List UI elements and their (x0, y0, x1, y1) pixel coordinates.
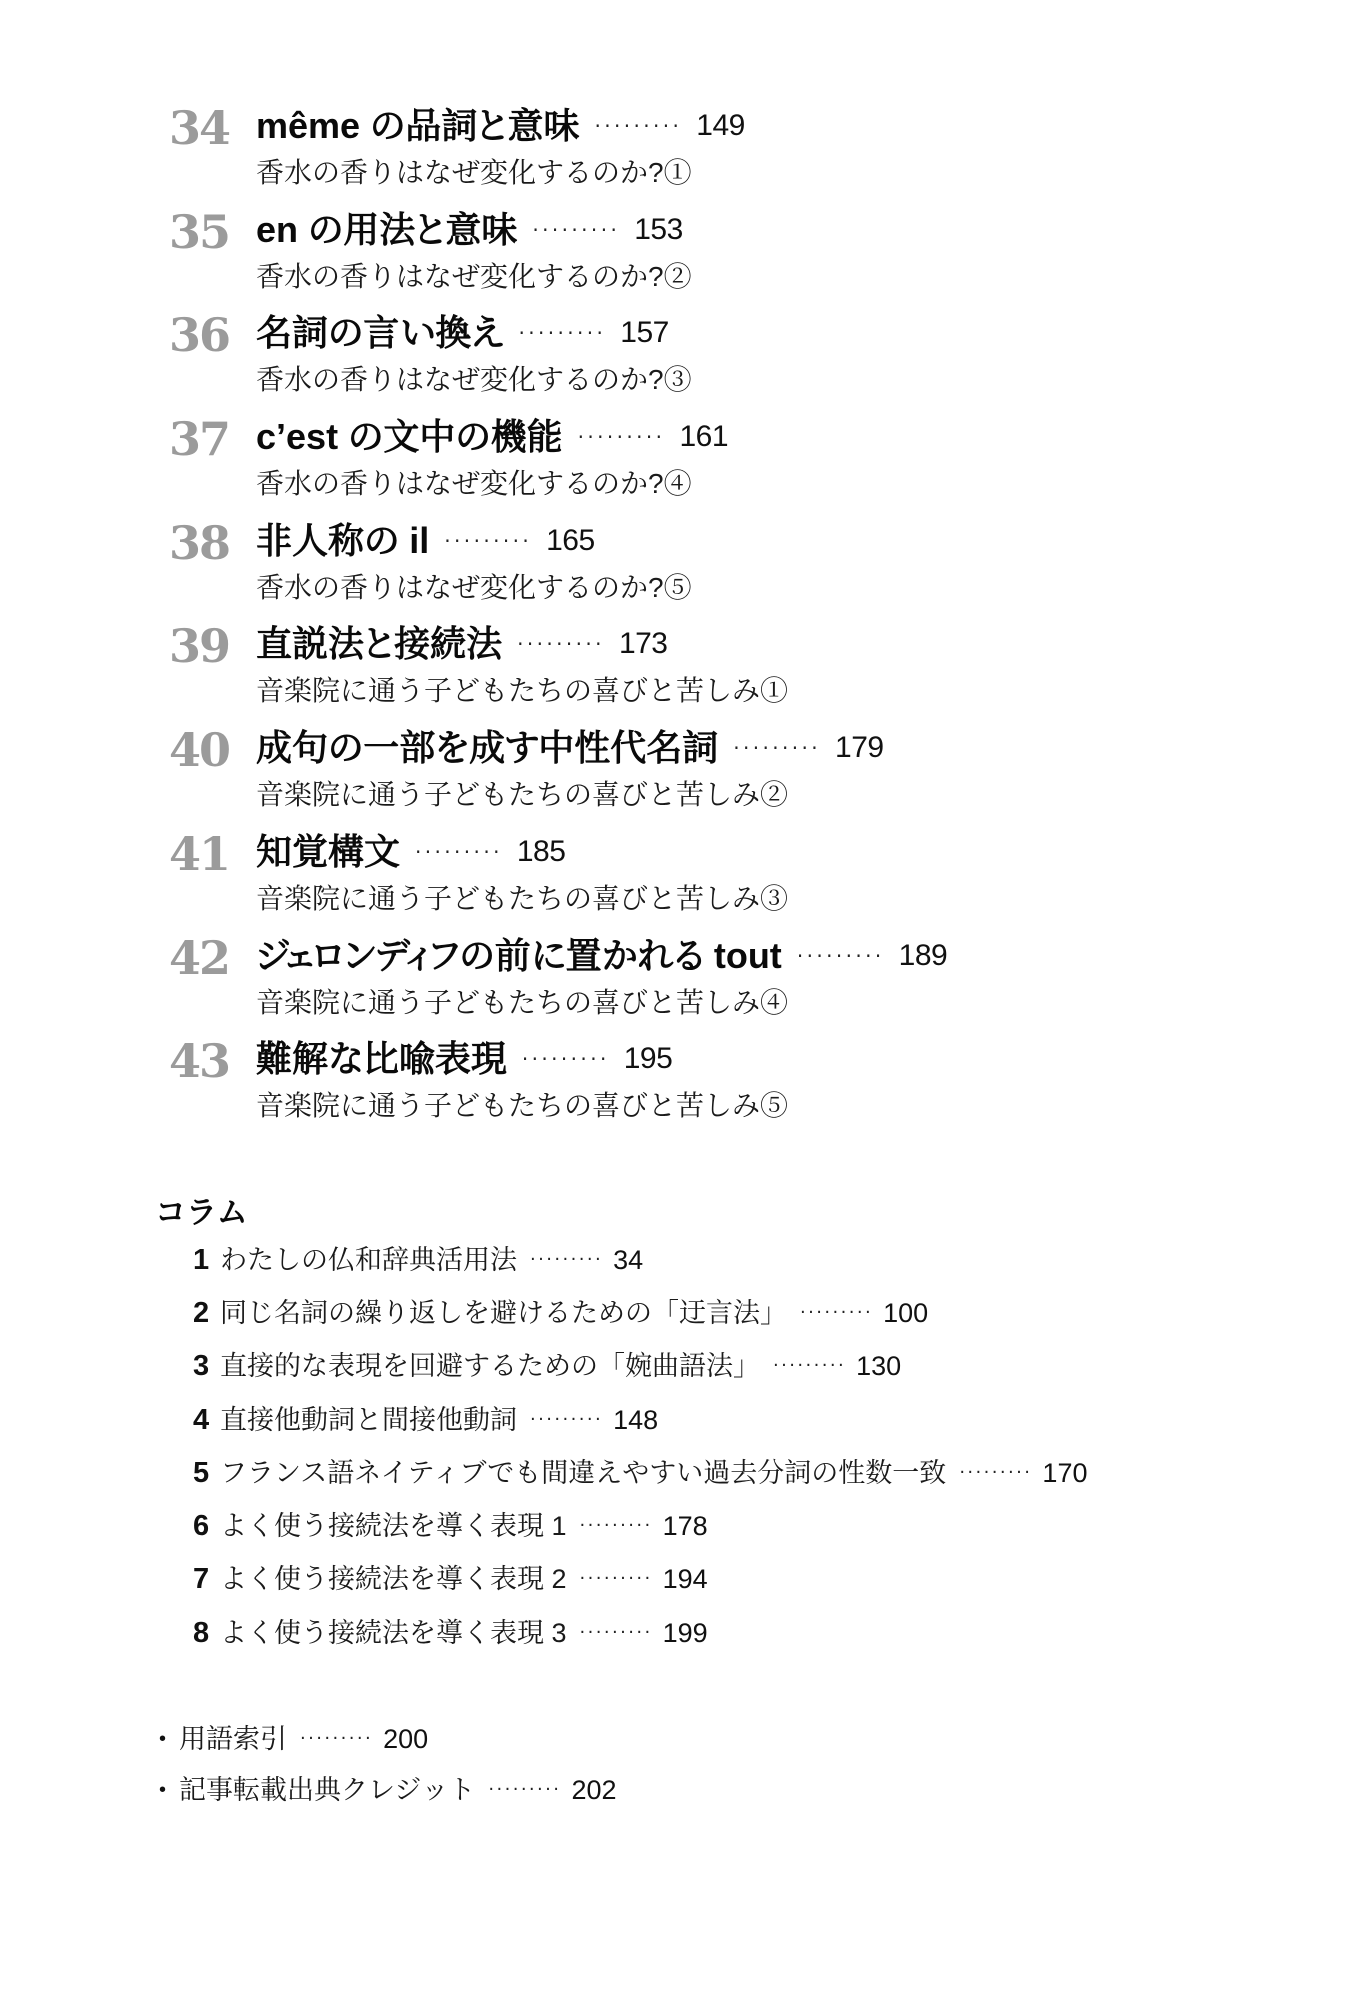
column-title: 直接的な表現を回避するための「婉曲語法」 (220, 1349, 760, 1383)
dot-leader: ········· (532, 220, 620, 240)
page-number: 100 (883, 1296, 928, 1330)
lesson-heading-line: 名詞の言い換え ········· 157 (256, 315, 669, 351)
page-number: 130 (856, 1349, 901, 1383)
lesson-subtitle: 香水の香りはなぜ変化するのか?② (256, 260, 692, 294)
column-number: 6 (193, 1509, 220, 1543)
lesson-number: 34 (169, 105, 229, 151)
lesson-subtitle: 音楽院に通う子どもたちの喜びと苦しみ⑤ (256, 1089, 788, 1123)
column-number: 8 (193, 1616, 220, 1650)
appendix-entry: • 用語索引 ········· 200 (159, 1714, 617, 1765)
dot-leader: ········· (530, 1411, 603, 1429)
page-number: 189 (899, 938, 948, 974)
page-number: 185 (517, 834, 566, 870)
dot-leader: ········· (488, 1781, 561, 1799)
column-number: 7 (193, 1562, 220, 1596)
dot-leader: ········· (580, 1570, 653, 1588)
column-title: フランス語ネイティブでも間違えやすい過去分詞の性数一致 (220, 1456, 946, 1490)
page-number: 179 (835, 730, 884, 766)
dot-leader: ········· (415, 842, 503, 862)
lesson-heading-line: 知覚構文 ········· 185 (256, 834, 565, 870)
lesson-subtitle: 香水の香りはなぜ変化するのか?④ (256, 467, 692, 501)
lesson-subtitle: 音楽院に通う子どもたちの喜びと苦しみ④ (256, 986, 788, 1020)
lesson-subtitle: 音楽院に通う子どもたちの喜びと苦しみ① (256, 674, 788, 708)
lesson-title: 直説法と接続法 (256, 626, 502, 662)
dot-leader: ········· (594, 116, 682, 136)
dot-leader: ········· (530, 1251, 603, 1269)
lesson-title: c’est の文中の機能 (256, 419, 563, 455)
column-title: わたしの仏和辞典活用法 (220, 1243, 517, 1277)
bullet-icon: • (159, 1773, 179, 1807)
lesson-subtitle: 音楽院に通う子どもたちの喜びと苦しみ③ (256, 882, 788, 916)
column-section-heading: コラム (155, 1195, 248, 1231)
dot-leader: ········· (522, 1049, 610, 1069)
appendix-title: 用語索引 (179, 1722, 287, 1756)
lesson-heading-line: ジェロンディフの前に置かれる tout ········· 189 (256, 938, 947, 974)
lesson-heading-line: même の品詞と意味 ········· 149 (256, 108, 745, 144)
dot-leader: ········· (444, 531, 532, 551)
page-number: 202 (571, 1773, 616, 1807)
dot-leader: ········· (518, 323, 606, 343)
lesson-entry: 43 難解な比喩表現 ········· 195 音楽院に通う子どもたちの喜びと… (169, 1043, 1269, 1147)
column-title: よく使う接続法を導く表現 2 (220, 1562, 567, 1596)
appendix-title: 記事転載出典クレジット (179, 1773, 475, 1807)
lesson-entry: 40 成句の一部を成す中性代名詞 ········· 179 音楽院に通う子ども… (169, 732, 1269, 836)
page-number: 34 (613, 1243, 643, 1277)
page-number: 148 (613, 1403, 658, 1437)
dot-leader: ········· (580, 1624, 653, 1642)
dot-leader: ········· (959, 1464, 1032, 1482)
page-number: 199 (663, 1616, 708, 1650)
lesson-title: 成句の一部を成す中性代名詞 (256, 730, 718, 766)
lesson-title: 難解な比喩表現 (256, 1041, 507, 1077)
lesson-entry: 36 名詞の言い換え ········· 157 香水の香りはなぜ変化するのか?… (169, 317, 1269, 421)
lesson-heading-line: 成句の一部を成す中性代名詞 ········· 179 (256, 730, 884, 766)
column-entry: 7 よく使う接続法を導く表現 2 ········· 194 (193, 1553, 1087, 1606)
lesson-number: 35 (169, 209, 229, 255)
dot-leader: ········· (517, 634, 605, 654)
lesson-title: même の品詞と意味 (256, 108, 579, 144)
column-entry: 6 よく使う接続法を導く表現 1 ········· 178 (193, 1499, 1087, 1552)
column-number: 4 (193, 1403, 220, 1437)
bullet-icon: • (159, 1722, 179, 1756)
dot-leader: ········· (578, 427, 666, 447)
page-number: 173 (619, 626, 668, 662)
lesson-entry: 34 même の品詞と意味 ········· 149 香水の香りはなぜ変化す… (169, 110, 1269, 214)
column-title: よく使う接続法を導く表現 3 (220, 1616, 567, 1650)
appendix-list: • 用語索引 ········· 200 • 記事転載出典クレジット ·····… (159, 1714, 617, 1816)
lesson-entry: 42 ジェロンディフの前に置かれる tout ········· 189 音楽院… (169, 940, 1269, 1044)
lesson-subtitle: 香水の香りはなぜ変化するのか?⑤ (256, 571, 692, 605)
lesson-list: 34 même の品詞と意味 ········· 149 香水の香りはなぜ変化す… (169, 110, 1269, 1147)
column-number: 1 (193, 1243, 220, 1277)
page-number: 149 (696, 108, 745, 144)
lesson-title: ジェロンディフの前に置かれる tout (256, 938, 782, 974)
lesson-title: 名詞の言い換え (256, 315, 503, 351)
lesson-title: en の用法と意味 (256, 212, 517, 248)
dot-leader: ········· (300, 1730, 373, 1748)
column-entry: 1 わたしの仏和辞典活用法 ········· 34 (193, 1233, 1087, 1286)
lesson-entry: 37 c’est の文中の機能 ········· 161 香水の香りはなぜ変化… (169, 421, 1269, 525)
column-entry: 4 直接他動詞と間接他動詞 ········· 148 (193, 1393, 1087, 1446)
lesson-heading-line: 難解な比喩表現 ········· 195 (256, 1041, 672, 1077)
lesson-subtitle: 音楽院に通う子どもたちの喜びと苦しみ② (256, 778, 788, 812)
lesson-number: 37 (169, 416, 229, 462)
dot-leader: ········· (733, 738, 821, 758)
column-title: よく使う接続法を導く表現 1 (220, 1509, 567, 1543)
page-number: 161 (679, 419, 728, 455)
lesson-number: 40 (169, 727, 229, 773)
lesson-subtitle: 香水の香りはなぜ変化するのか?① (256, 156, 692, 190)
lesson-number: 38 (169, 520, 229, 566)
lesson-heading-line: en の用法と意味 ········· 153 (256, 212, 683, 248)
column-title: 直接他動詞と間接他動詞 (220, 1403, 517, 1437)
lesson-number: 36 (169, 312, 229, 358)
column-number: 2 (193, 1296, 220, 1330)
page-number: 170 (1042, 1456, 1087, 1490)
lesson-heading-line: 直説法と接続法 ········· 173 (256, 626, 668, 662)
lesson-number: 43 (169, 1038, 229, 1084)
dot-leader: ········· (797, 946, 885, 966)
column-entry: 5 フランス語ネイティブでも間違えやすい過去分詞の性数一致 ········· … (193, 1446, 1087, 1499)
lesson-title: 非人称の il (256, 523, 429, 559)
appendix-entry: • 記事転載出典クレジット ········· 202 (159, 1765, 617, 1816)
page-number: 178 (663, 1509, 708, 1543)
column-number: 3 (193, 1349, 220, 1383)
dot-leader: ········· (773, 1357, 846, 1375)
page-number: 165 (546, 523, 595, 559)
page-number: 194 (663, 1562, 708, 1596)
lesson-entry: 38 非人称の il ········· 165 香水の香りはなぜ変化するのか?… (169, 525, 1269, 629)
lesson-subtitle: 香水の香りはなぜ変化するのか?③ (256, 363, 692, 397)
dot-leader: ········· (800, 1304, 873, 1322)
column-number: 5 (193, 1456, 220, 1490)
lesson-entry: 35 en の用法と意味 ········· 153 香水の香りはなぜ変化するの… (169, 214, 1269, 318)
lesson-title: 知覚構文 (256, 834, 400, 870)
lesson-entry: 41 知覚構文 ········· 185 音楽院に通う子どもたちの喜びと苦しみ… (169, 836, 1269, 940)
column-entry: 2 同じ名詞の繰り返しを避けるための「迂言法」 ········· 100 (193, 1286, 1087, 1339)
column-list: 1 わたしの仏和辞典活用法 ········· 34 2 同じ名詞の繰り返しを避… (193, 1233, 1087, 1659)
lesson-number: 41 (169, 831, 229, 877)
lesson-heading-line: c’est の文中の機能 ········· 161 (256, 419, 728, 455)
page-number: 195 (624, 1041, 673, 1077)
column-entry: 3 直接的な表現を回避するための「婉曲語法」 ········· 130 (193, 1340, 1087, 1393)
lesson-number: 39 (169, 623, 229, 669)
page-number: 200 (383, 1722, 428, 1756)
lesson-entry: 39 直説法と接続法 ········· 173 音楽院に通う子どもたちの喜びと… (169, 628, 1269, 732)
page-number: 157 (620, 315, 669, 351)
toc-page: 34 même の品詞と意味 ········· 149 香水の香りはなぜ変化す… (0, 0, 1362, 2000)
page-number: 153 (634, 212, 683, 248)
dot-leader: ········· (580, 1517, 653, 1535)
column-entry: 8 よく使う接続法を導く表現 3 ········· 199 (193, 1606, 1087, 1659)
lesson-heading-line: 非人称の il ········· 165 (256, 523, 595, 559)
column-title: 同じ名詞の繰り返しを避けるための「迂言法」 (220, 1296, 787, 1330)
lesson-number: 42 (169, 935, 229, 981)
